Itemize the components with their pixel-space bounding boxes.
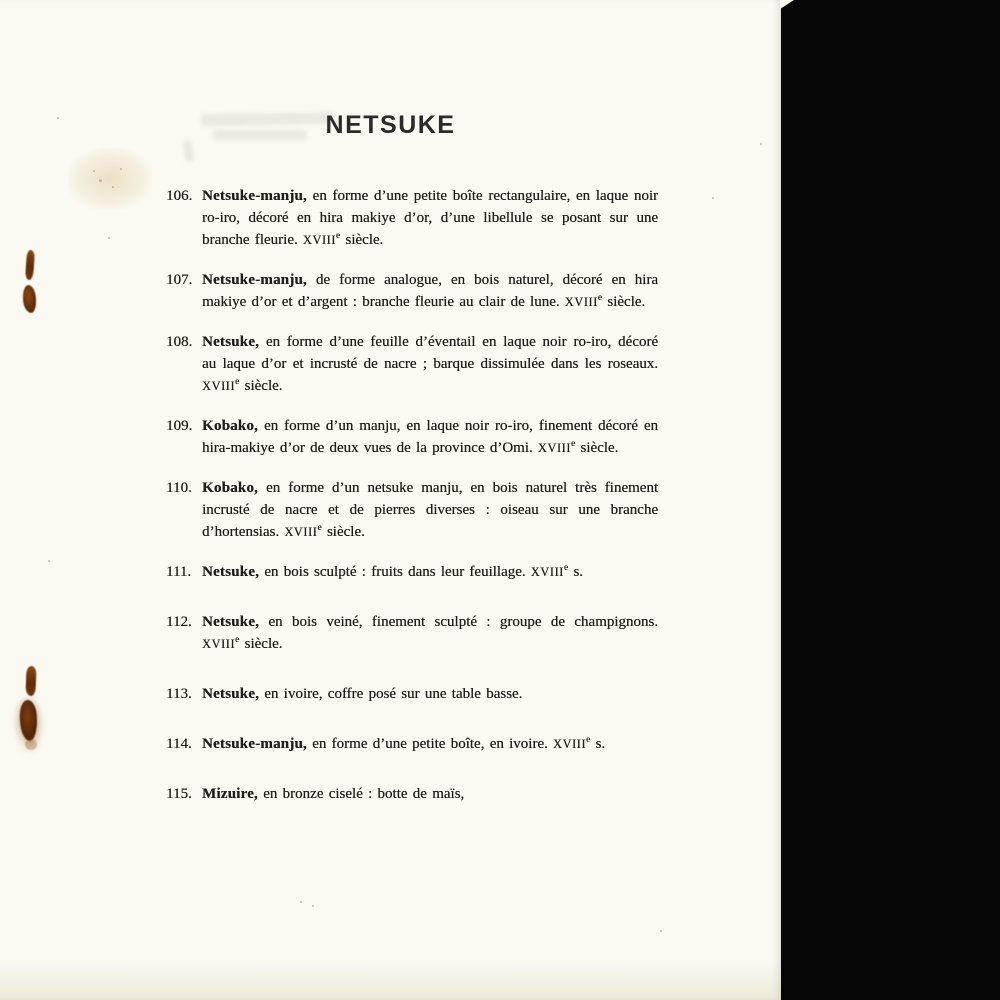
- paper-speck: [108, 237, 110, 239]
- entry-lead-word: Mizuire,: [202, 786, 258, 802]
- paper-shading: [0, 958, 781, 1000]
- entry-text: Kobako, en forme d’un netsuke manju, en …: [202, 477, 658, 543]
- entry-number: 113.: [166, 683, 202, 705]
- entry-number: 108.: [166, 331, 202, 397]
- century-small-caps: XVIII: [202, 637, 235, 651]
- page-title: NETSUKE: [0, 111, 781, 140]
- entry-number: 107.: [166, 269, 202, 313]
- ordinal-superscript: e: [598, 293, 602, 303]
- catalog-entry: 114.Netsuke-manju, en forme d’une petite…: [166, 733, 658, 755]
- catalog-entry: 110.Kobako, en forme d’un netsuke manju,…: [166, 477, 658, 543]
- entry-number: 112.: [166, 611, 202, 655]
- entry-lead-word: Netsuke,: [202, 334, 259, 350]
- century-small-caps: XVIII: [284, 525, 317, 539]
- scanned-catalog-page: NETSUKE 106.Netsuke-manju, en forme d’un…: [0, 0, 1000, 1000]
- catalog-entry: 113.Netsuke, en ivoire, coffre posé sur …: [166, 683, 658, 705]
- century-small-caps: XVIII: [553, 737, 586, 751]
- entry-number: 109.: [166, 415, 202, 459]
- entry-text: Netsuke-manju, de forme analogue, en boi…: [202, 269, 658, 313]
- ordinal-superscript: e: [564, 563, 568, 573]
- entry-lead-word: Netsuke,: [202, 564, 259, 580]
- rust-stain: [25, 739, 37, 750]
- century-small-caps: XVIII: [538, 441, 571, 455]
- entry-text: Netsuke, en bois veiné, finement sculpté…: [202, 611, 658, 655]
- scan-background-band: [781, 0, 1000, 1000]
- entry-number: 110.: [166, 477, 202, 543]
- century-small-caps: XVIII: [565, 295, 598, 309]
- catalog-entry: 106.Netsuke-manju, en forme d’une petite…: [166, 185, 658, 251]
- paper-speck: [712, 197, 714, 199]
- paper-speck: [312, 905, 314, 907]
- catalog-entries-list: 106.Netsuke-manju, en forme d’une petite…: [166, 185, 658, 833]
- catalog-entry: 107.Netsuke-manju, de forme analogue, en…: [166, 269, 658, 313]
- entry-text: Mizuire, en bronze ciselé : botte de maï…: [202, 783, 658, 805]
- ordinal-superscript: e: [336, 231, 340, 241]
- stain-speck: [99, 179, 102, 182]
- entry-lead-word: Netsuke,: [202, 686, 259, 702]
- stain-speck: [93, 170, 95, 172]
- paper-speck: [760, 143, 762, 145]
- entry-text: Netsuke, en bois sculpté : fruits dans l…: [202, 561, 658, 583]
- paper-speck: [300, 901, 302, 903]
- stain-speck: [120, 168, 122, 170]
- century-small-caps: XVIII: [303, 233, 336, 247]
- catalog-entry: 109.Kobako, en forme d’un manju, en laqu…: [166, 415, 658, 459]
- century-small-caps: XVIII: [202, 379, 235, 393]
- catalog-entry: 112.Netsuke, en bois veiné, finement scu…: [166, 611, 658, 655]
- entry-lead-word: Kobako,: [202, 480, 258, 496]
- entry-number: 114.: [166, 733, 202, 755]
- paper-speck: [48, 560, 50, 562]
- catalog-page-paper: NETSUKE 106.Netsuke-manju, en forme d’un…: [0, 0, 781, 1000]
- entry-lead-word: Netsuke,: [202, 614, 259, 630]
- stain-speck: [112, 186, 114, 188]
- ordinal-superscript: e: [586, 735, 590, 745]
- ordinal-superscript: e: [235, 635, 239, 645]
- entry-text: Netsuke-manju, en forme d’une petite boî…: [202, 185, 658, 251]
- entry-number: 115.: [166, 783, 202, 805]
- ordinal-superscript: e: [317, 523, 321, 533]
- rust-stain: [25, 250, 35, 280]
- entry-number: 111.: [166, 561, 202, 583]
- entry-text: Netsuke-manju, en forme d’une petite boî…: [202, 733, 658, 755]
- catalog-entry: 115.Mizuire, en bronze ciselé : botte de…: [166, 783, 658, 805]
- rust-stain: [25, 666, 36, 696]
- paper-speck: [660, 930, 662, 932]
- century-small-caps: XVIII: [531, 565, 564, 579]
- paper-stain: [68, 148, 152, 210]
- rust-stain: [19, 700, 38, 742]
- entry-lead-word: Netsuke-manju,: [202, 188, 307, 204]
- entry-lead-word: Kobako,: [202, 418, 258, 434]
- entry-lead-word: Netsuke-manju,: [202, 272, 307, 288]
- catalog-entry: 111.Netsuke, en bois sculpté : fruits da…: [166, 561, 658, 583]
- entry-lead-word: Netsuke-manju,: [202, 736, 307, 752]
- entry-text: Kobako, en forme d’un manju, en laque no…: [202, 415, 658, 459]
- paper-speck: [57, 117, 59, 119]
- ink-showthrough-artifact: [183, 139, 195, 162]
- entry-text: Netsuke, en ivoire, coffre posé sur une …: [202, 683, 658, 705]
- catalog-entry: 108.Netsuke, en forme d’une feuille d’év…: [166, 331, 658, 397]
- ordinal-superscript: e: [235, 377, 239, 387]
- ordinal-superscript: e: [571, 439, 575, 449]
- entry-text: Netsuke, en forme d’une feuille d’éventa…: [202, 331, 658, 397]
- rust-stain: [22, 284, 38, 313]
- entry-number: 106.: [166, 185, 202, 251]
